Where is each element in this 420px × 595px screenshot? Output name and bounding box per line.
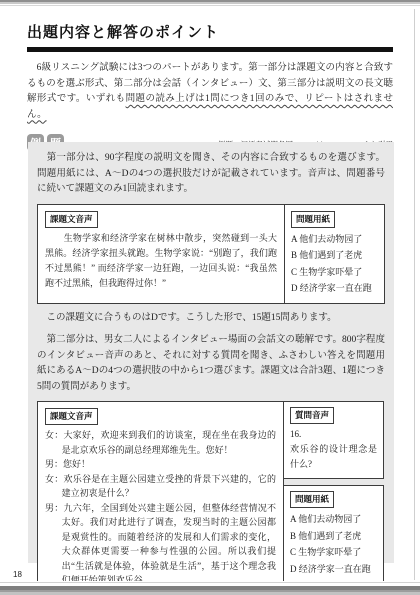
dialogue-line: 女：大家好，欢迎来到我们的访谈室，现在坐在我身边的是北京欢乐谷的副总经理郑维先生… xyxy=(45,428,276,457)
part1-audio-text: 生物学家和经济学家在树林中散步，突然碰到一头大黑熊。经济学家扭头就跑。生物学家说… xyxy=(45,231,277,291)
part2-description: 第二部分は、男女二人によるインタビュー場面の会話文の聴解です。800字程度のイン… xyxy=(37,333,385,395)
title-rule xyxy=(27,47,393,52)
part1-description: 第一部分は、90字程度の説明文を聞き、その内容に合致するものを選びます。問題用紙… xyxy=(37,151,385,198)
option-b: B 他们遇到了老虎 xyxy=(291,247,378,264)
page-number: 18 xyxy=(13,570,22,579)
part1-example-box: 課題文音声 生物学家和经济学家在树林中散步，突然碰到一头大黑熊。经济学家扭头就跑… xyxy=(37,204,385,304)
page-content: 出題内容と解答のポイント 6級リスニング試験には3つのパートがあります。第一部分… xyxy=(27,21,393,151)
question-text: 欢乐谷的设计理念是什么? xyxy=(290,442,377,472)
part2-audio-cell: 課題文音声 女：大家好，欢迎来到我们的访谈室，现在坐在我身边的是北京欢乐谷的副总… xyxy=(37,401,284,595)
option-d: D 经济学家一直在跑 xyxy=(291,280,378,297)
option-a: A 他们去动物园了 xyxy=(291,231,378,248)
page-title: 出題内容と解答のポイント xyxy=(27,21,393,42)
part2-right-column: 質問音声 16. 欢乐谷的设计理念是什么? 問題用紙 A 他们去动物园了 B 他… xyxy=(283,401,384,595)
intro-paragraph: 6級リスニング試験には3つのパートがあります。第一部分は課題文の内容と合致するも… xyxy=(27,61,393,123)
answer-sheet-label: 問題用紙 xyxy=(291,211,335,228)
option-c: C 生物学家吓晕了 xyxy=(291,264,378,281)
question-number: 16. xyxy=(290,427,377,442)
book-page: 出題内容と解答のポイント 6級リスニング試験には3つのパートがあります。第一部分… xyxy=(0,0,420,595)
option-c: C 生物学家吓晕了 xyxy=(290,544,377,561)
page-bottom-edge xyxy=(0,581,420,595)
option-b: B 他们遇到了老虎 xyxy=(290,528,377,545)
part1-answer-sheet-cell: 問題用紙 A 他们去动物园了 B 他们遇到了老虎 C 生物学家吓晕了 D 经济学… xyxy=(285,205,384,303)
audio-script-label: 課題文音声 xyxy=(45,408,98,425)
part2-answer-sheet-box: 問題用紙 A 他们去动物园了 B 他们遇到了老虎 C 生物学家吓晕了 D 经济学… xyxy=(283,485,384,595)
dialogue-line: 女：欢乐谷是在主题公园建立受挫的背景下兴建的，它的建立初衷是什么？ xyxy=(45,472,276,501)
audio-script-label: 課題文音声 xyxy=(45,211,98,228)
answer-sheet-label: 問題用紙 xyxy=(290,491,334,508)
part2-question-audio-box: 質問音声 16. 欢乐谷的设计理念是什么? xyxy=(283,401,384,479)
part2-example-box: 課題文音声 女：大家好，欢迎来到我们的访谈室，现在坐在我身边的是北京欢乐谷的副总… xyxy=(37,401,385,595)
part1-answer-note: この課題文に合うものはDです。こうした形で、15題15問あります。 xyxy=(37,311,385,327)
dialogue-line: 男：九六年，全国到处兴建主题公园，但整体经营情况不太好。我们对此进行了调查，发现… xyxy=(45,501,276,588)
option-d: D 经济学家一直在跑 xyxy=(290,561,377,578)
example-panel: 第一部分は、90字程度の説明文を聞き、その内容に合致するものを選びます。問題用紙… xyxy=(28,142,394,563)
part1-audio-cell: 課題文音声 生物学家和经济学家在树林中散步，突然碰到一头大黑熊。经济学家扭头就跑… xyxy=(38,205,285,303)
page-right-edge xyxy=(414,9,415,580)
page-top-edge xyxy=(0,0,420,8)
question-audio-label: 質問音声 xyxy=(290,407,334,424)
dialogue-line: 男：您好！ xyxy=(45,457,276,472)
option-a: A 他们去动物园了 xyxy=(290,511,377,528)
